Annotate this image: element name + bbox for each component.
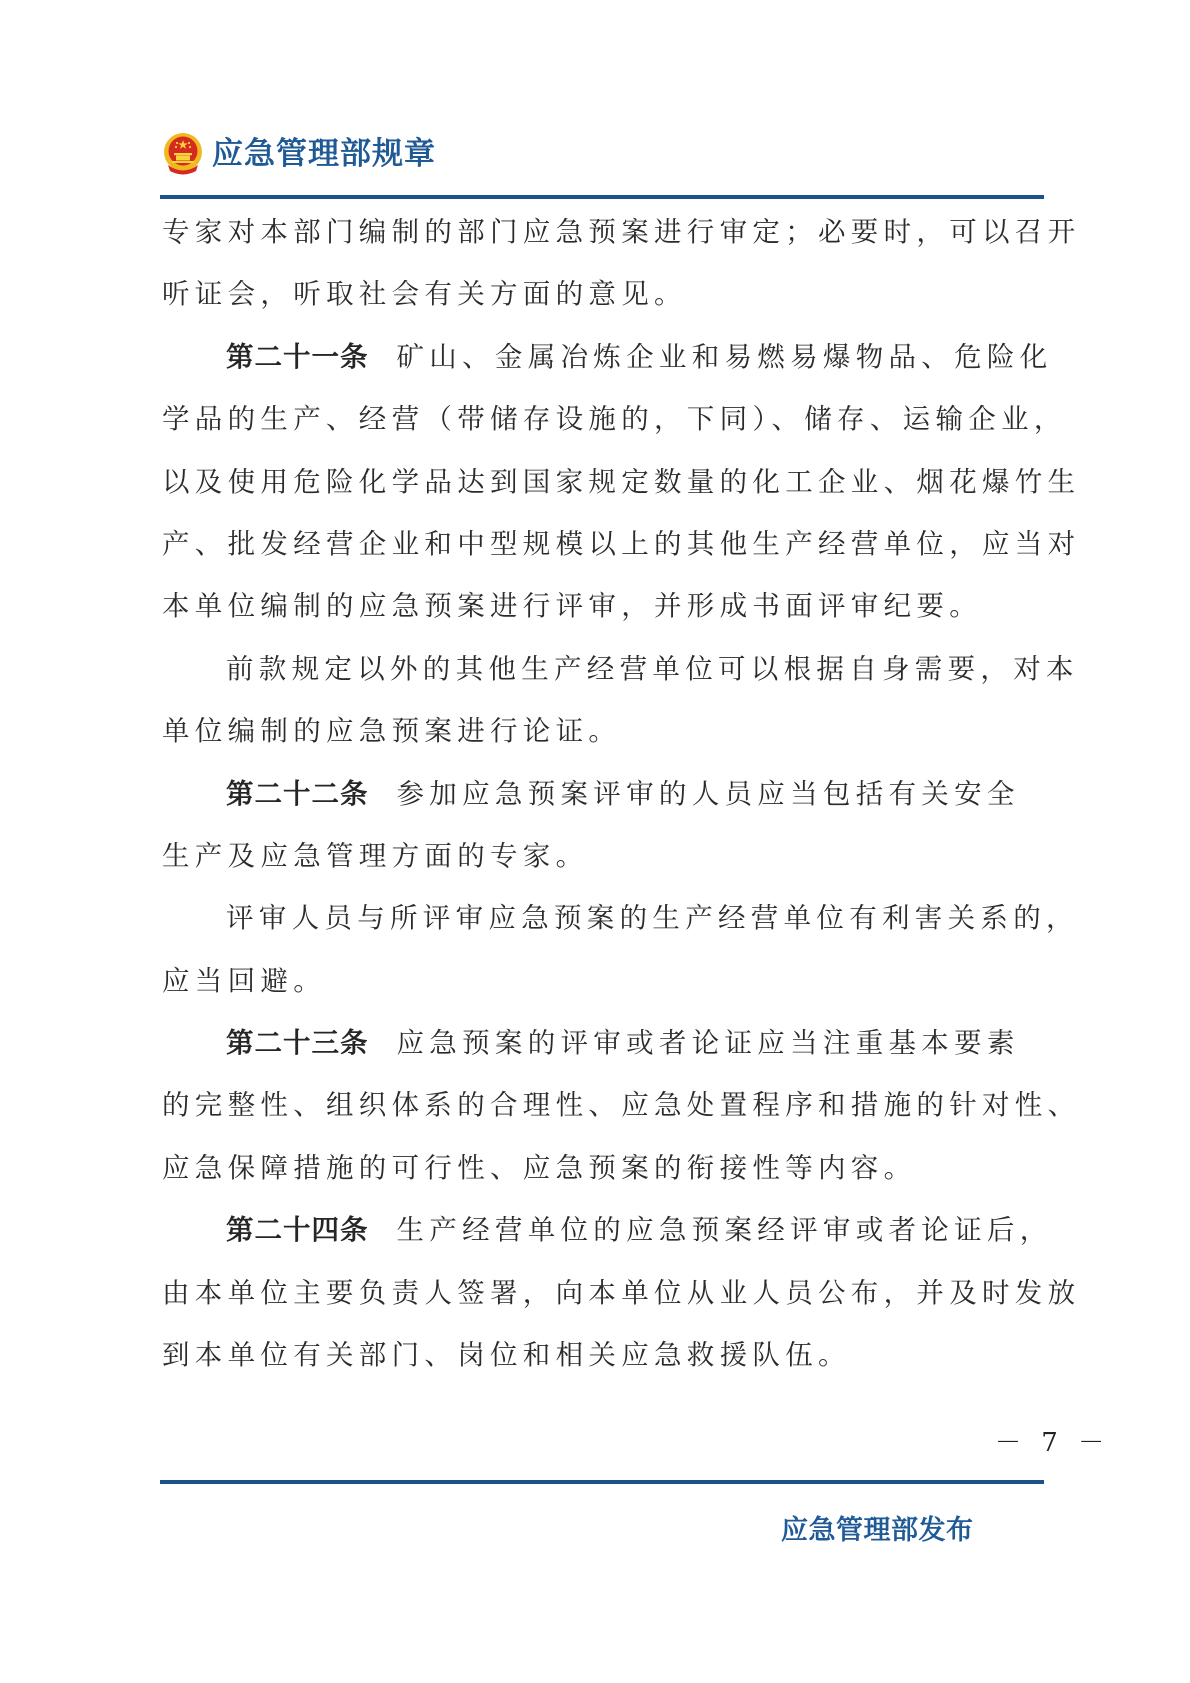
line-text: 参加应急预案评审的人员应当包括有关安全: [397, 778, 1020, 810]
text-line: 到本单位有关部门、岗位和相关应急救援队伍。: [162, 1324, 1042, 1386]
footer-divider: [160, 1480, 1044, 1484]
header-divider: [160, 195, 1044, 199]
article-line: 第二十三条应急预案的评审或者论证应当注重基本要素: [162, 1012, 1042, 1074]
line-text: 应当回避。: [162, 965, 326, 997]
document-body: 专家对本部门编制的部门应急预案进行审定；必要时，可以召开听证会，听取社会有关方面…: [162, 201, 1042, 1386]
line-text: 由本单位主要负责人签署，向本单位从业人员公布，并及时发放: [162, 1277, 1080, 1309]
page-number: － 7 －: [995, 1422, 1110, 1459]
article-number: 第二十二条: [226, 778, 369, 810]
text-line: 评审人员与所评审应急预案的生产经营单位有利害关系的，: [162, 887, 1042, 949]
line-text: 听证会，听取社会有关方面的意见。: [162, 278, 687, 310]
document-header: 应急管理部规章: [162, 130, 436, 178]
article-number: 第二十三条: [226, 1027, 369, 1059]
line-text: 的完整性、组织体系的合理性、应急处置程序和措施的针对性、: [162, 1089, 1080, 1121]
text-line: 专家对本部门编制的部门应急预案进行审定；必要时，可以召开: [162, 201, 1042, 263]
line-text: 专家对本部门编制的部门应急预案进行审定；必要时，可以召开: [162, 216, 1080, 248]
text-line: 前款规定以外的其他生产经营单位可以根据自身需要，对本: [162, 638, 1042, 700]
text-line: 由本单位主要负责人签署，向本单位从业人员公布，并及时发放: [162, 1262, 1042, 1324]
text-line: 应急保障措施的可行性、应急预案的衔接性等内容。: [162, 1137, 1042, 1199]
line-text: 以及使用危险化学品达到国家规定数量的化工企业、烟花爆竹生: [162, 466, 1080, 498]
text-line: 本单位编制的应急预案进行评审，并形成书面评审纪要。: [162, 575, 1042, 637]
national-emblem-icon: [162, 132, 204, 176]
article-line: 第二十二条参加应急预案评审的人员应当包括有关安全: [162, 763, 1042, 825]
text-line: 的完整性、组织体系的合理性、应急处置程序和措施的针对性、: [162, 1074, 1042, 1136]
article-line: 第二十四条生产经营单位的应急预案经评审或者论证后，: [162, 1199, 1042, 1261]
line-text: 本单位编制的应急预案进行评审，并形成书面评审纪要。: [162, 590, 982, 622]
article-line: 第二十一条矿山、金属冶炼企业和易燃易爆物品、危险化: [162, 326, 1042, 388]
article-number: 第二十一条: [226, 341, 369, 373]
footer-publisher: 应急管理部发布: [781, 1508, 974, 1547]
line-text: 前款规定以外的其他生产经营单位可以根据自身需要，对本: [226, 653, 1079, 685]
line-text: 应急保障措施的可行性、应急预案的衔接性等内容。: [162, 1152, 916, 1184]
line-text: 生产经营单位的应急预案经评审或者论证后，: [397, 1214, 1053, 1246]
text-line: 产、批发经营企业和中型规模以上的其他生产经营单位，应当对: [162, 513, 1042, 575]
line-text: 单位编制的应急预案进行论证。: [162, 715, 621, 747]
text-line: 听证会，听取社会有关方面的意见。: [162, 263, 1042, 325]
line-text: 到本单位有关部门、岗位和相关应急救援队伍。: [162, 1339, 851, 1371]
text-line: 生产及应急管理方面的专家。: [162, 825, 1042, 887]
text-line: 单位编制的应急预案进行论证。: [162, 700, 1042, 762]
line-text: 应急预案的评审或者论证应当注重基本要素: [397, 1027, 1020, 1059]
header-title: 应急管理部规章: [212, 132, 436, 176]
text-line: 以及使用危险化学品达到国家规定数量的化工企业、烟花爆竹生: [162, 451, 1042, 513]
text-line: 应当回避。: [162, 950, 1042, 1012]
line-text: 生产及应急管理方面的专家。: [162, 840, 588, 872]
line-text: 评审人员与所评审应急预案的生产经营单位有利害关系的，: [226, 902, 1079, 934]
article-number: 第二十四条: [226, 1214, 369, 1246]
line-text: 学品的生产、经营（带储存设施的，下同）、储存、运输企业，: [162, 403, 1067, 435]
line-text: 矿山、金属冶炼企业和易燃易爆物品、危险化: [397, 341, 1053, 373]
line-text: 产、批发经营企业和中型规模以上的其他生产经营单位，应当对: [162, 528, 1080, 560]
text-line: 学品的生产、经营（带储存设施的，下同）、储存、运输企业，: [162, 388, 1042, 450]
